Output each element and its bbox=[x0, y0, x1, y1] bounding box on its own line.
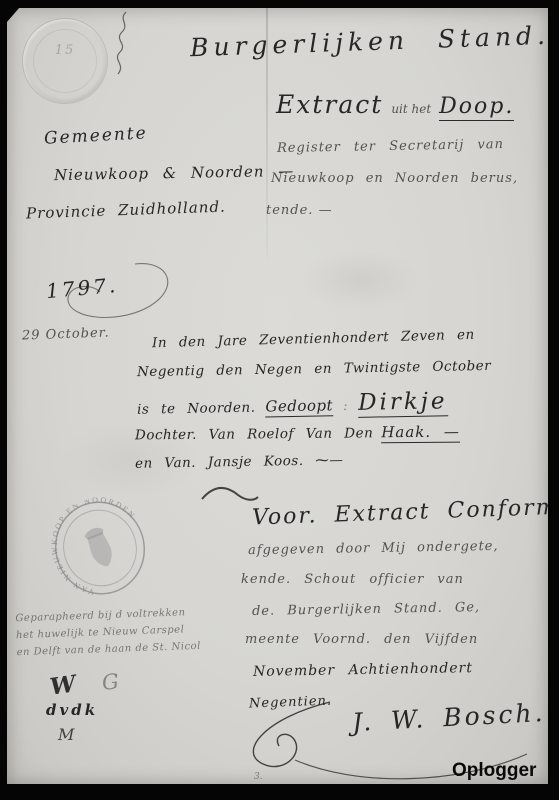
embossed-seal-value: 15 bbox=[23, 43, 107, 58]
closing-line: kende. Schout officier van bbox=[241, 572, 464, 587]
paraph-initial: W bbox=[48, 670, 77, 700]
father-name: Haak. — bbox=[381, 423, 460, 444]
scan-border-left bbox=[0, 0, 7, 800]
extract-word-small: uit het bbox=[391, 102, 431, 116]
act-body-text: is te Noorden. bbox=[137, 400, 256, 418]
register-line: Nieuwkoop en Noorden berus, bbox=[271, 171, 518, 186]
act-body-text: Dochter. Van Roelof Van Den bbox=[135, 425, 373, 443]
act-body-line: is te Noorden. Gedoopt : Dirkje bbox=[137, 388, 448, 421]
register-line: tende. — bbox=[266, 203, 333, 218]
baptized-word: Gedoopt bbox=[265, 396, 333, 417]
entry-date: 29 October. bbox=[22, 325, 110, 343]
watermark-label: Oplogger bbox=[452, 760, 536, 782]
footnote-mark: 3. bbox=[254, 772, 263, 782]
document-scan: 15 Burgerlijken Stand. Extract uit het D… bbox=[0, 0, 559, 800]
act-body-line: Dochter. Van Roelof Van Den Haak. — bbox=[135, 423, 460, 446]
paraph-initial: M bbox=[58, 725, 74, 744]
embossed-seal-inner-ring bbox=[33, 29, 97, 93]
closing-line: Negentien. bbox=[249, 694, 333, 712]
paraph-initial: G bbox=[101, 669, 120, 694]
separator-colon: : bbox=[343, 398, 348, 414]
paraph-initial: dvdk bbox=[46, 701, 98, 719]
marginal-note: Geparapheerd bij d voltrekken het huweli… bbox=[15, 604, 201, 661]
child-name: Dirkje bbox=[358, 388, 448, 418]
scan-border-right bbox=[548, 0, 559, 800]
embossed-seal: 15 bbox=[22, 18, 108, 104]
scan-corner-shadow bbox=[0, 0, 26, 30]
scan-border-top bbox=[0, 0, 559, 8]
extract-word: Extract bbox=[276, 90, 383, 119]
scan-border-bottom bbox=[0, 784, 559, 800]
closing-line: meente Voornd. den Vijfden bbox=[245, 632, 478, 647]
extract-word-doop: Doop. bbox=[439, 94, 514, 121]
extract-heading: Extract uit het Doop. bbox=[276, 90, 514, 121]
